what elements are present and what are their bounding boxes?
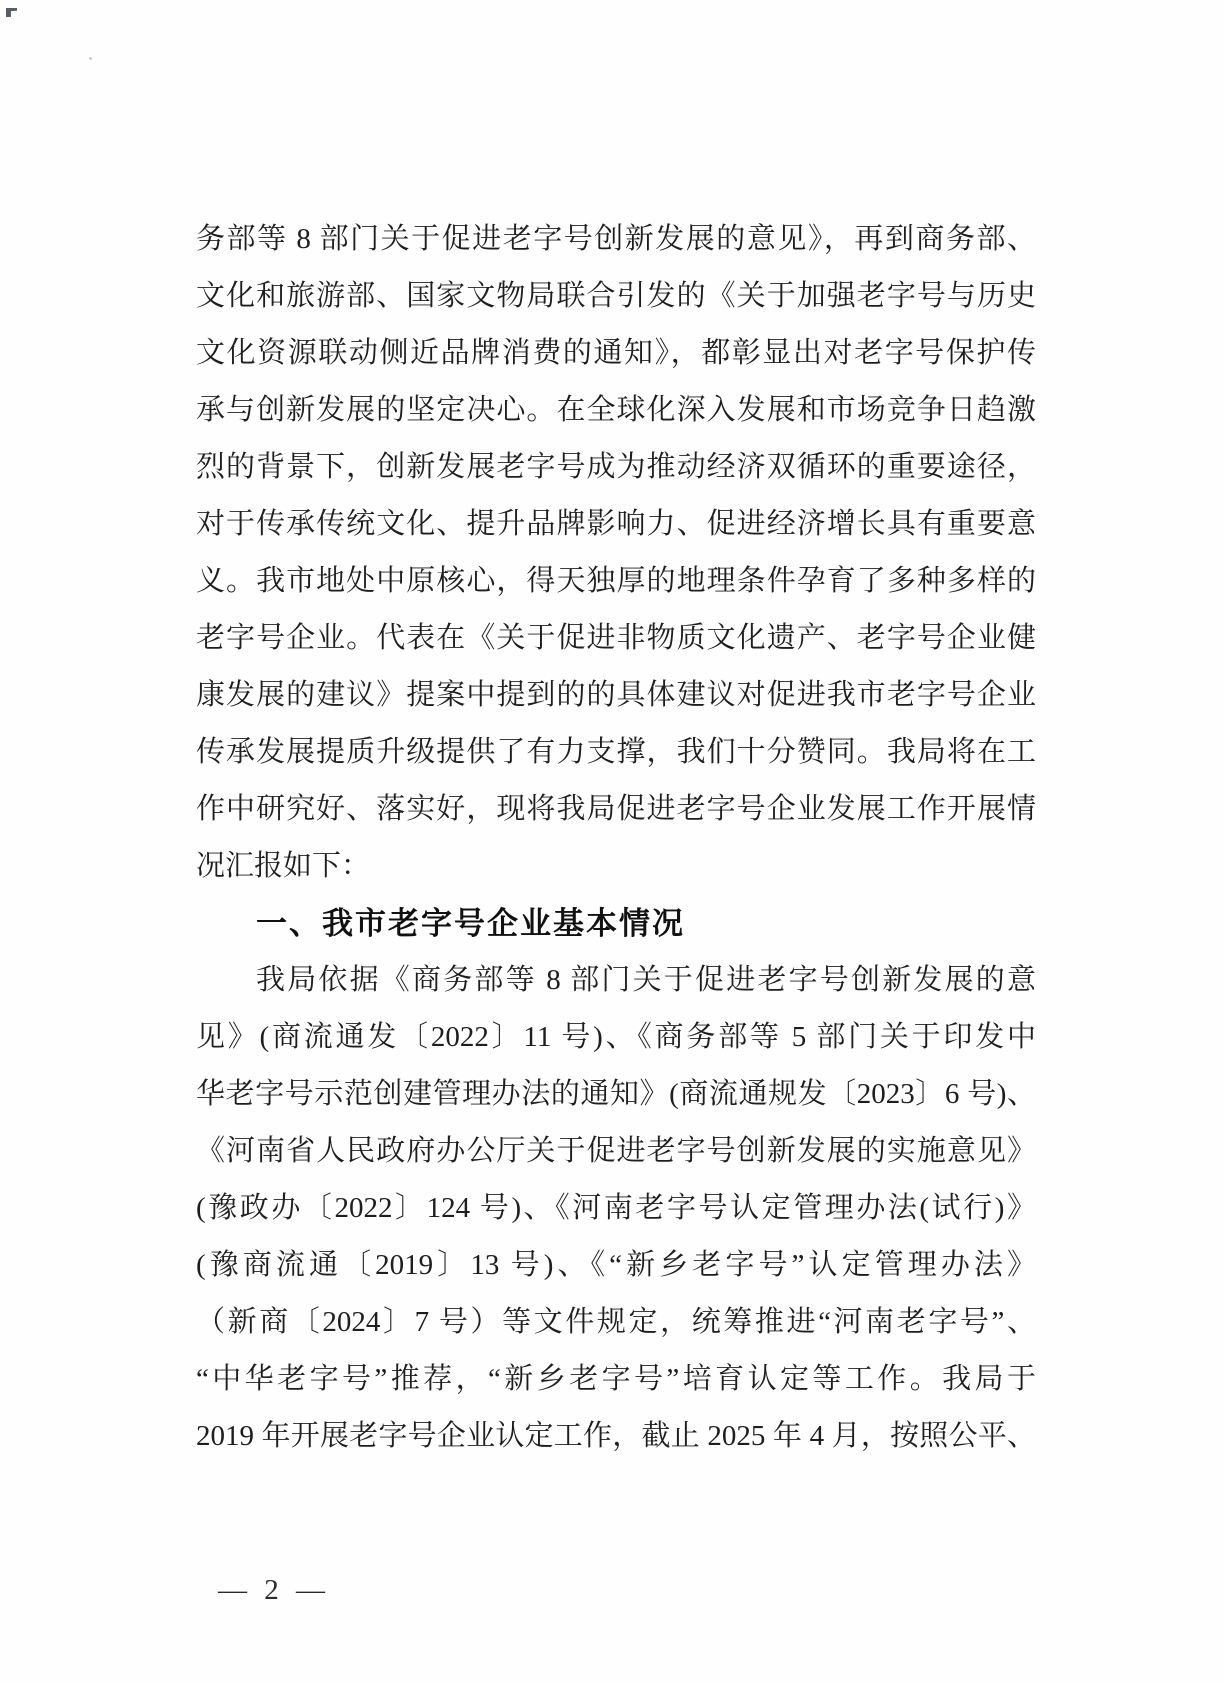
text-line: (豫商流通〔2019〕13 号)、《“新乡老字号”认定管理办法》 <box>196 1237 1036 1294</box>
scan-artifact-speck <box>89 57 92 60</box>
text-line: 康发展的建议》提案中提到的的具体建议对促进我市老字号企业 <box>196 667 1036 724</box>
text-line: 对于传承传统文化、提升品牌影响力、促进经济增长具有重要意 <box>196 496 1036 553</box>
text-line: (豫政办〔2022〕124 号)、《河南老字号认定管理办法(试行)》 <box>196 1180 1036 1237</box>
text-line: 文化和旅游部、国家文物局联合引发的《关于加强老字号与历史 <box>196 268 1036 325</box>
text-line: 务部等 8 部门关于促进老字号创新发展的意见》，再到商务部、 <box>196 211 1036 268</box>
text-line: 烈的背景下，创新发展老字号成为推动经济双循环的重要途径， <box>196 439 1036 496</box>
text-line: 见》(商流通发〔2022〕11 号)、《商务部等 5 部门关于印发中 <box>196 1009 1036 1066</box>
text-line: （新商〔2024〕7 号）等文件规定，统筹推进“河南老字号”、 <box>196 1294 1036 1351</box>
text-line: 况汇报如下： <box>196 838 1036 895</box>
text-line: 传承发展提质升级提供了有力支撑，我们十分赞同。我局将在工 <box>196 724 1036 781</box>
text-line: 文化资源联动侧近品牌消费的通知》，都彰显出对老字号保护传 <box>196 325 1036 382</box>
text-line: 义。我市地处中原核心，得天独厚的地理条件孕育了多种多样的 <box>196 553 1036 610</box>
text-line: “中华老字号”推荐，“新乡老字号”培育认定等工作。我局于 <box>196 1351 1036 1408</box>
text-line: 2019 年开展老字号企业认定工作，截止 2025 年 4 月，按照公平、 <box>196 1408 1036 1465</box>
text-block: 务部等 8 部门关于促进老字号创新发展的意见》，再到商务部、文化和旅游部、国家文… <box>196 211 1036 1465</box>
text-line: 老字号企业。代表在《关于促进非物质文化遗产、老字号企业健 <box>196 610 1036 667</box>
text-line: 作中研究好、落实好，现将我局促进老字号企业发展工作开展情 <box>196 781 1036 838</box>
scan-artifact-corner-mark <box>6 8 17 17</box>
page-number: — 2 — <box>218 1572 330 1608</box>
text-line: 承与创新发展的坚定决心。在全球化深入发展和市场竞争日趋激 <box>196 382 1036 439</box>
text-line: 我局依据《商务部等 8 部门关于促进老字号创新发展的意 <box>196 952 1036 1009</box>
text-line: 华老字号示范创建管理办法的通知》(商流通规发〔2023〕6 号)、 <box>196 1066 1036 1123</box>
scanned-document-page: 务部等 8 部门关于促进老字号创新发展的意见》，再到商务部、文化和旅游部、国家文… <box>0 0 1224 1682</box>
text-line: 《河南省人民政府办公厅关于促进老字号创新发展的实施意见》 <box>196 1123 1036 1180</box>
section-heading: 一、我市老字号企业基本情况 <box>196 895 1036 952</box>
